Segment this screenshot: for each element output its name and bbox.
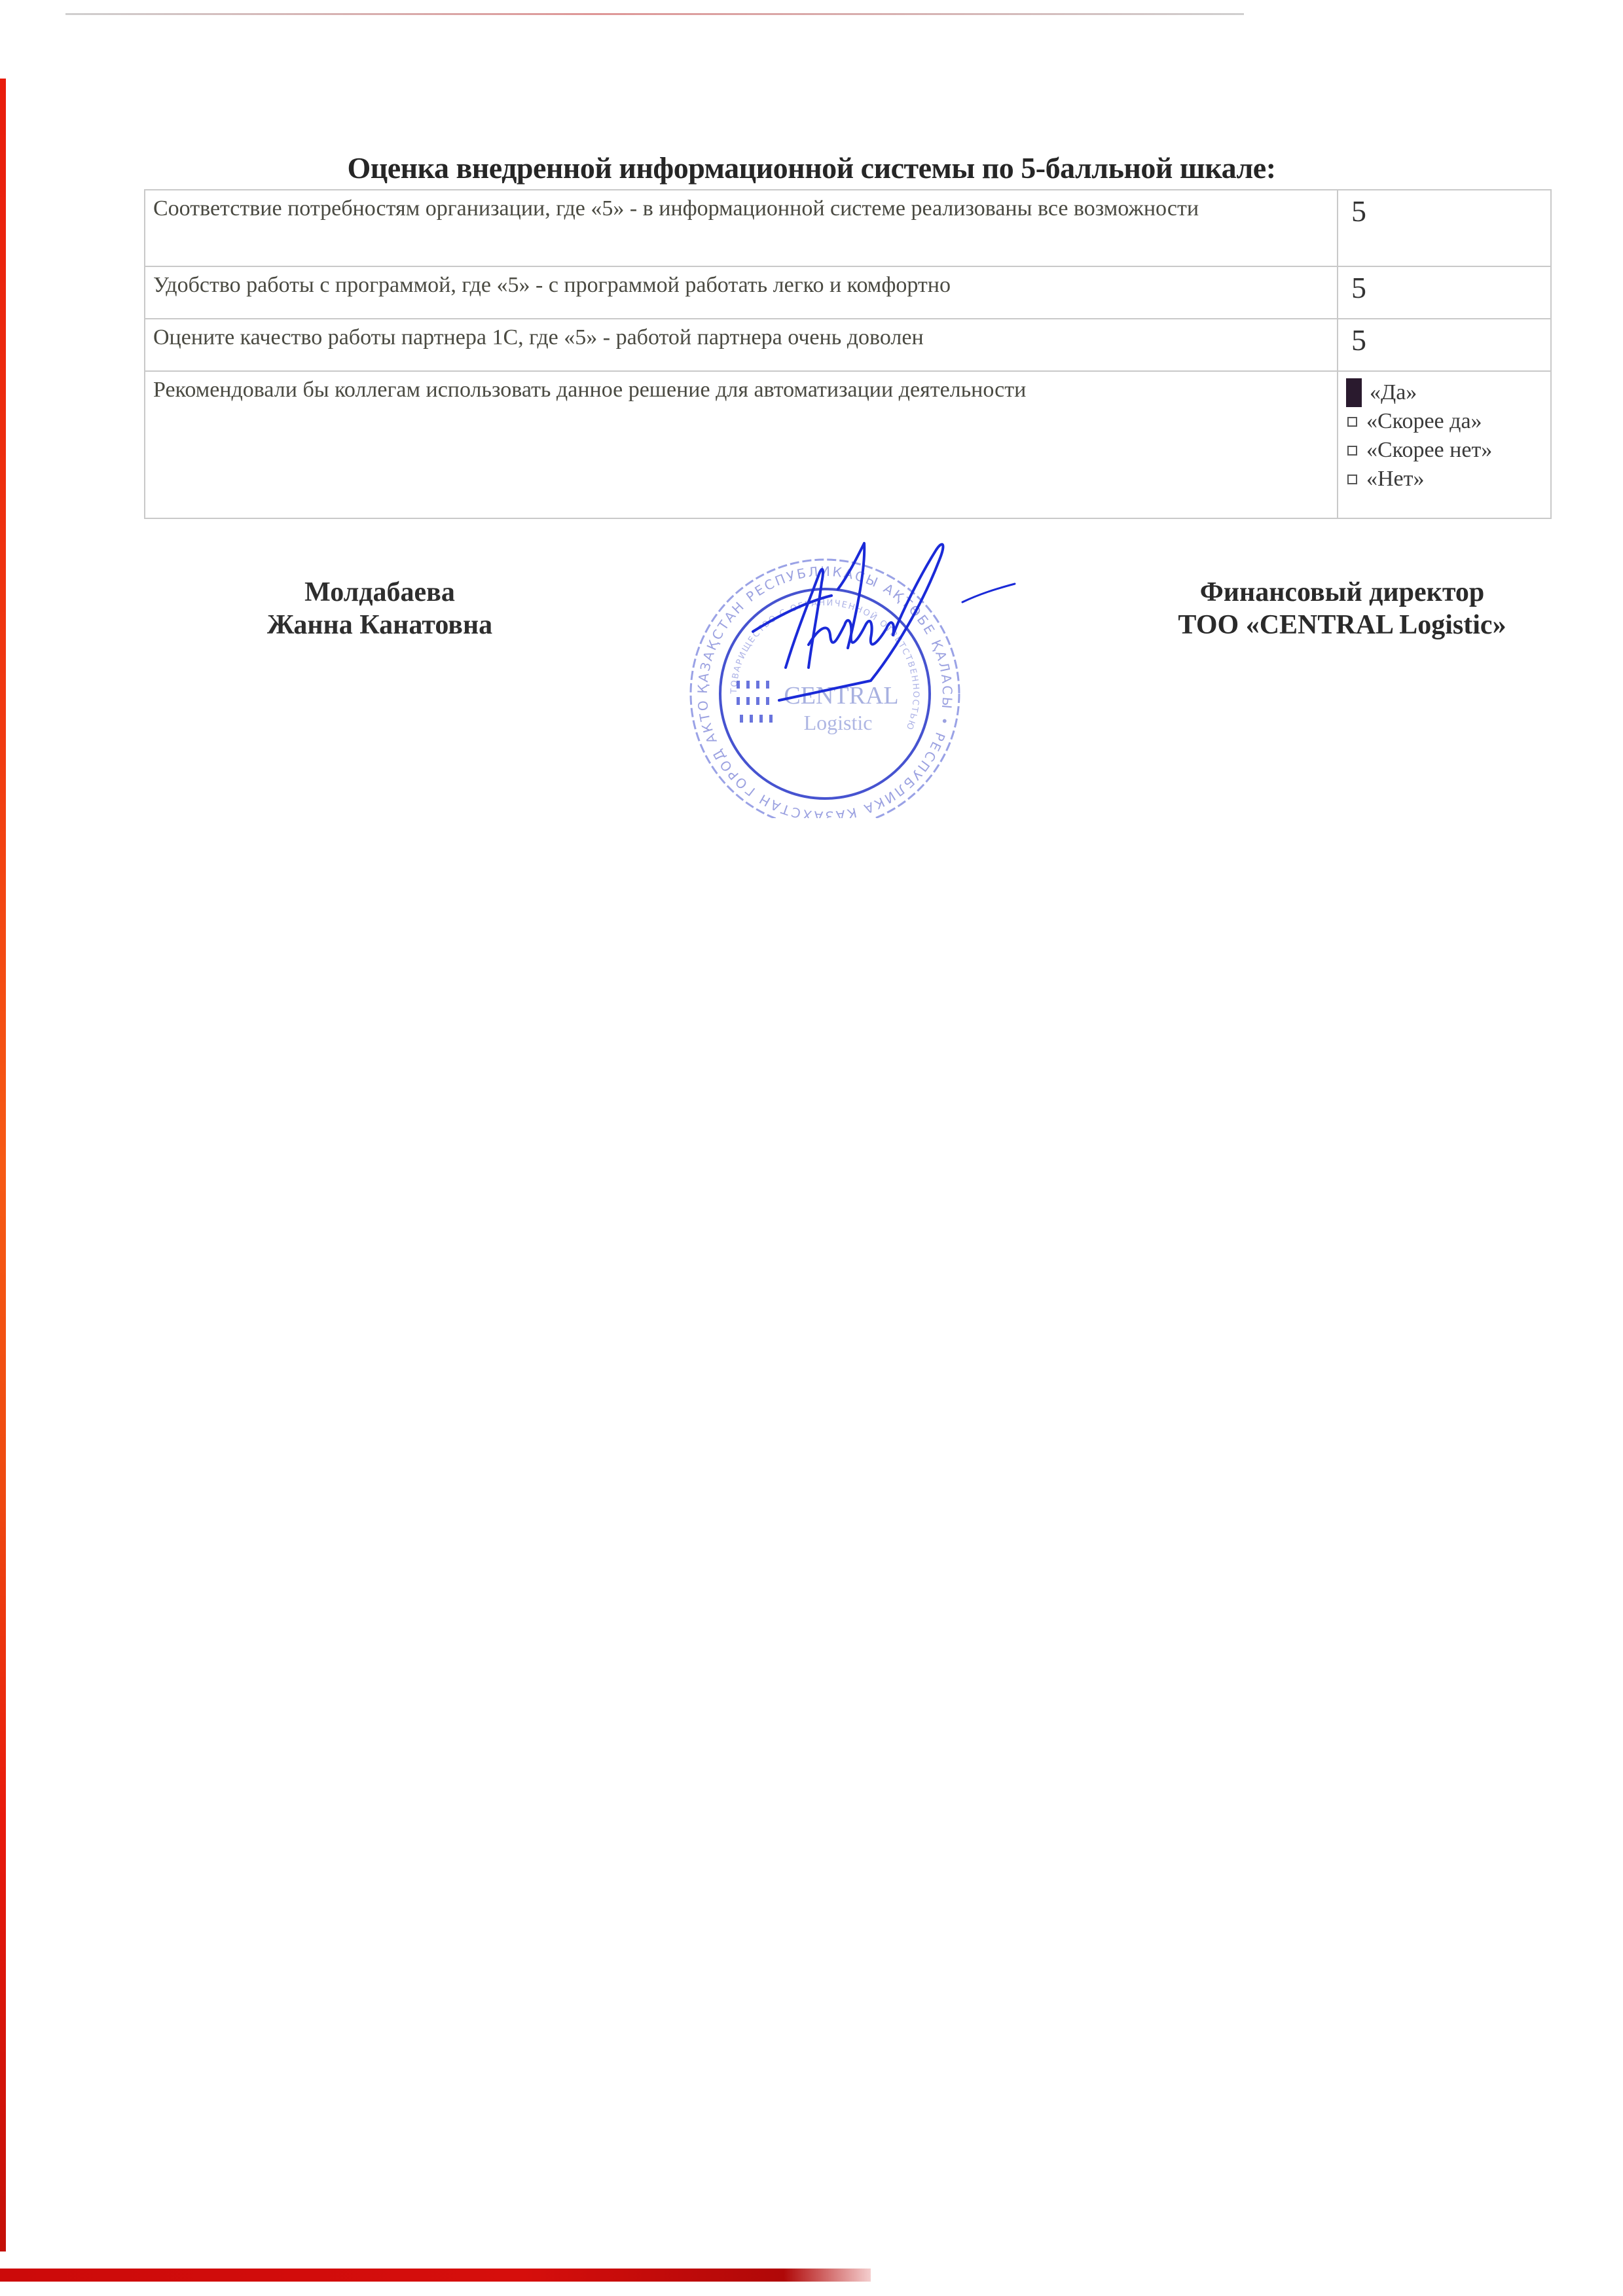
table-row: Соответствие потребностям организации, г… bbox=[145, 190, 1551, 266]
option-rather-yes[interactable]: «Скорее да» bbox=[1346, 407, 1542, 436]
score-cell: 5 bbox=[1338, 190, 1551, 266]
option-label: «Да» bbox=[1370, 378, 1417, 407]
question-cell: Соответствие потребностям организации, г… bbox=[145, 190, 1338, 266]
company-stamp-with-signature-icon: ҚАЗАҚСТАН РЕСПУБЛИКАСЫ АҚТӨБЕ ҚАЛАСЫ • Р… bbox=[622, 504, 1028, 818]
option-no[interactable]: «Нет» bbox=[1346, 465, 1542, 493]
scan-artifact-top-line bbox=[65, 13, 1244, 15]
option-label: «Нет» bbox=[1366, 465, 1425, 493]
signatory-title: Финансовый директор ТОО «CENTRAL Logisti… bbox=[1126, 576, 1558, 641]
score-cell: 5 bbox=[1338, 266, 1551, 319]
svg-text:Logistic: Logistic bbox=[804, 711, 873, 734]
checkbox-empty-icon[interactable] bbox=[1347, 475, 1357, 484]
recommendation-options-cell: «Да» «Скорее да» «Скорее нет» «Нет» bbox=[1338, 371, 1551, 518]
question-cell: Рекомендовали бы коллегам использовать д… bbox=[145, 371, 1338, 518]
recommendation-options: «Да» «Скорее да» «Скорее нет» «Нет» bbox=[1346, 376, 1542, 493]
signatory-name: Молдабаева Жанна Канатовна bbox=[196, 576, 563, 641]
checkbox-empty-icon[interactable] bbox=[1347, 446, 1357, 456]
evaluation-table: Соответствие потребностям организации, г… bbox=[144, 189, 1552, 519]
signatory-given-names: Жанна Канатовна bbox=[196, 609, 563, 641]
checkbox-checked-icon[interactable] bbox=[1346, 378, 1362, 407]
signatory-company: ТОО «CENTRAL Logistic» bbox=[1126, 609, 1558, 641]
score-cell: 5 bbox=[1338, 319, 1551, 371]
table-row: Рекомендовали бы коллегам использовать д… bbox=[145, 371, 1551, 518]
table-row: Удобство работы с программой, где «5» - … bbox=[145, 266, 1551, 319]
question-cell: Оцените качество работы партнера 1С, где… bbox=[145, 319, 1338, 371]
table-row: Оцените качество работы партнера 1С, где… bbox=[145, 319, 1551, 371]
signatory-position: Финансовый директор bbox=[1126, 576, 1558, 609]
option-label: «Скорее да» bbox=[1366, 407, 1482, 436]
option-label: «Скорее нет» bbox=[1366, 436, 1492, 465]
option-rather-no[interactable]: «Скорее нет» bbox=[1346, 436, 1542, 465]
scan-artifact-left-edge bbox=[0, 79, 6, 2251]
question-cell: Удобство работы с программой, где «5» - … bbox=[145, 266, 1338, 319]
scan-artifact-bottom-edge bbox=[0, 2269, 871, 2282]
checkbox-empty-icon[interactable] bbox=[1347, 417, 1357, 427]
signatory-surname: Молдабаева bbox=[196, 576, 563, 609]
option-yes[interactable]: «Да» bbox=[1346, 378, 1542, 407]
document-title: Оценка внедренной информационной системы… bbox=[0, 151, 1623, 185]
